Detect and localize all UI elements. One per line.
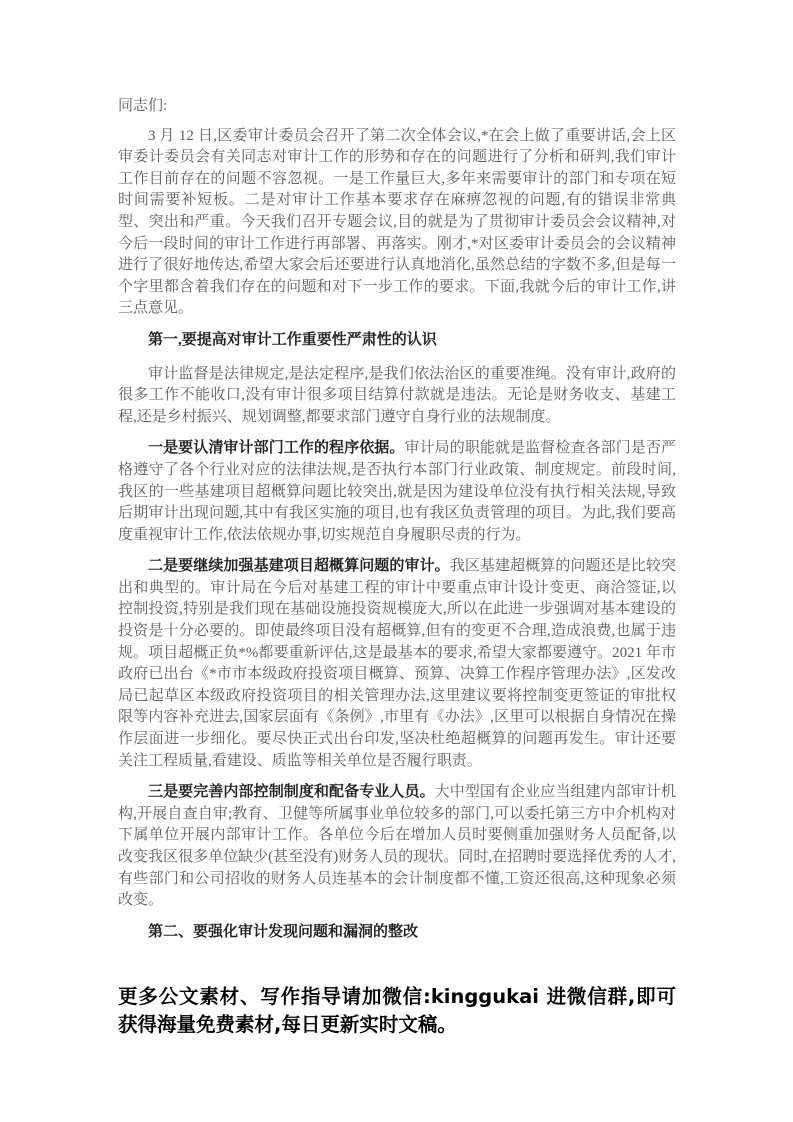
promo-notice: 更多公文素材、写作指导请加微信:kinggukai 进微信群,即可获得海量免费素…: [118, 983, 676, 1039]
section-1-heading: 第一,要提高对审计工作重要性严肃性的认识: [118, 330, 676, 352]
document-page: 同志们: 3 月 12 日,区委审计委员会召开了第二次全体会议,*在会上做了重要…: [0, 0, 793, 1122]
section-2-heading: 第二、要强化审计发现问题和漏洞的整改: [118, 922, 676, 944]
point-2-body: 我区基建超概算的问题还是比较突出和典型的。审计局在今后对基建工程的审计中要重点审…: [118, 558, 676, 768]
point-3-paragraph: 三是要完善内部控制制度和配备专业人员。大中型国有企业应当组建内部审计机构,开展自…: [118, 782, 676, 912]
point-3-lead: 三是要完善内部控制制度和配备专业人员。: [148, 784, 435, 800]
point-1-lead: 一是要认清审计部门工作的程序依据。: [148, 440, 405, 456]
salutation: 同志们:: [118, 96, 676, 118]
point-1-paragraph: 一是要认清审计部门工作的程序依据。审计局的职能就是监督检查各部门是否严格遵守了各…: [118, 438, 676, 546]
point-2-lead: 二是要继续加强基建项目超概算问题的审计。: [148, 558, 450, 574]
point-3-body: 大中型国有企业应当组建内部审计机构,开展自查自审;教育、卫健等所属事业单位较多的…: [118, 784, 676, 908]
point-2-paragraph: 二是要继续加强基建项目超概算问题的审计。我区基建超概算的问题还是比较突出和典型的…: [118, 556, 676, 772]
intro-paragraph: 3 月 12 日,区委审计委员会召开了第二次全体会议,*在会上做了重要讲话,会上…: [118, 126, 676, 320]
section-1-opening-paragraph: 审计监督是法律规定,是法定程序,是我们依法治区的重要准绳。没有审计,政府的很多工…: [118, 364, 676, 429]
